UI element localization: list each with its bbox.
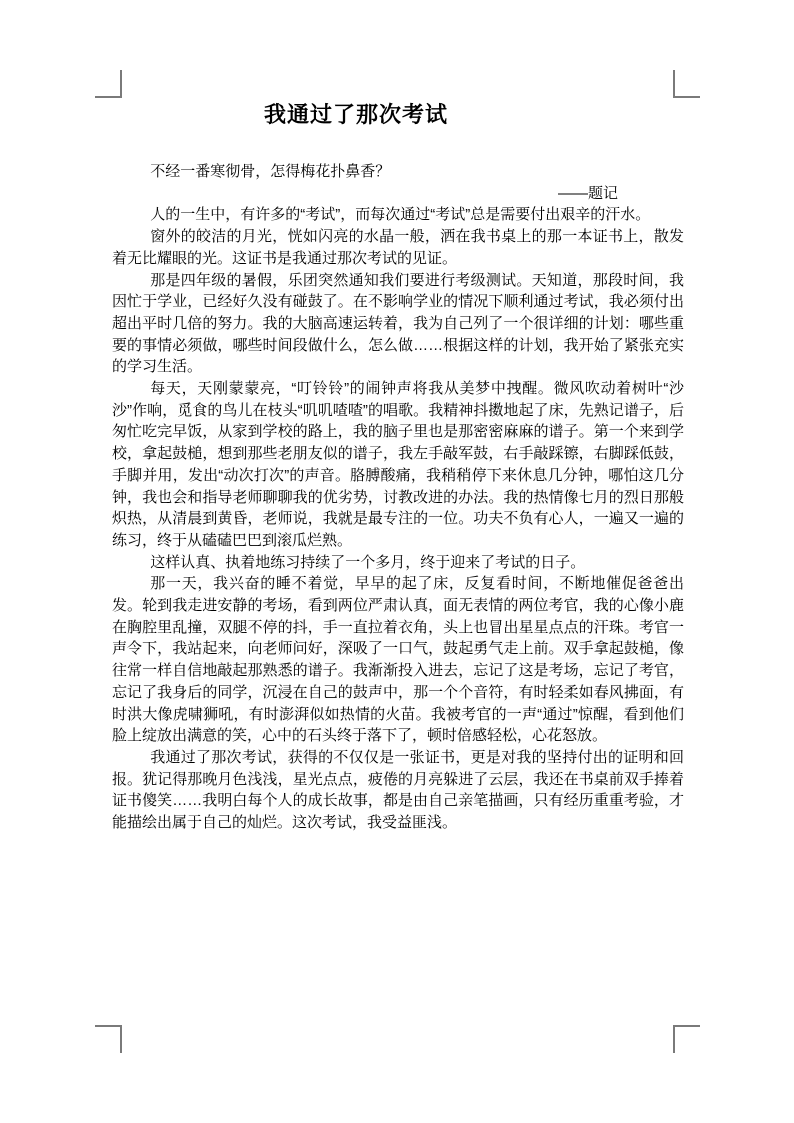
- document-page: 我通过了那次考试 不经一番寒彻骨，怎得梅花扑鼻香？ ——题记 人的一生中，有许多…: [0, 0, 794, 1123]
- essay-paragraph: 那一天，我兴奋的睡不着觉，早早的起了床，反复看时间，不断地催促爸爸出发。轮到我走…: [112, 573, 684, 747]
- corner-crop-mark-top-right-icon: [673, 70, 700, 98]
- essay-paragraph: 那是四年级的暑假，乐团突然通知我们要进行考级测试。天知道，那段时间，我因忙于学业…: [112, 270, 684, 379]
- essay-paragraph: 人的一生中，有许多的“考试”，而每次通过“考试”总是需要付出艰辛的汗水。: [112, 204, 684, 226]
- essay-content: 我通过了那次考试 不经一番寒彻骨，怎得梅花扑鼻香？ ——题记 人的一生中，有许多…: [112, 100, 684, 834]
- epigraph-quote: 不经一番寒彻骨，怎得梅花扑鼻香？: [112, 161, 684, 183]
- epigraph-attribution: ——题记: [112, 183, 684, 205]
- essay-title: 我通过了那次考试: [112, 100, 600, 130]
- corner-crop-mark-bottom-left-icon: [95, 1025, 122, 1053]
- corner-crop-mark-bottom-right-icon: [673, 1025, 700, 1053]
- essay-paragraph: 每天，天刚蒙蒙亮，“叮铃铃”的闹钟声将我从美梦中拽醒。微风吹动着树叶“沙沙”作响…: [112, 378, 684, 552]
- essay-paragraph: 这样认真、执着地练习持续了一个多月，终于迎来了考试的日子。: [112, 552, 684, 574]
- corner-crop-mark-top-left-icon: [95, 70, 122, 98]
- essay-paragraph: 窗外的皎洁的月光，恍如闪亮的水晶一般，洒在我书桌上的那一本证书上，散发着无比耀眼…: [112, 226, 684, 269]
- essay-paragraph: 我通过了那次考试，获得的不仅仅是一张证书，更是对我的坚持付出的证明和回报。犹记得…: [112, 747, 684, 834]
